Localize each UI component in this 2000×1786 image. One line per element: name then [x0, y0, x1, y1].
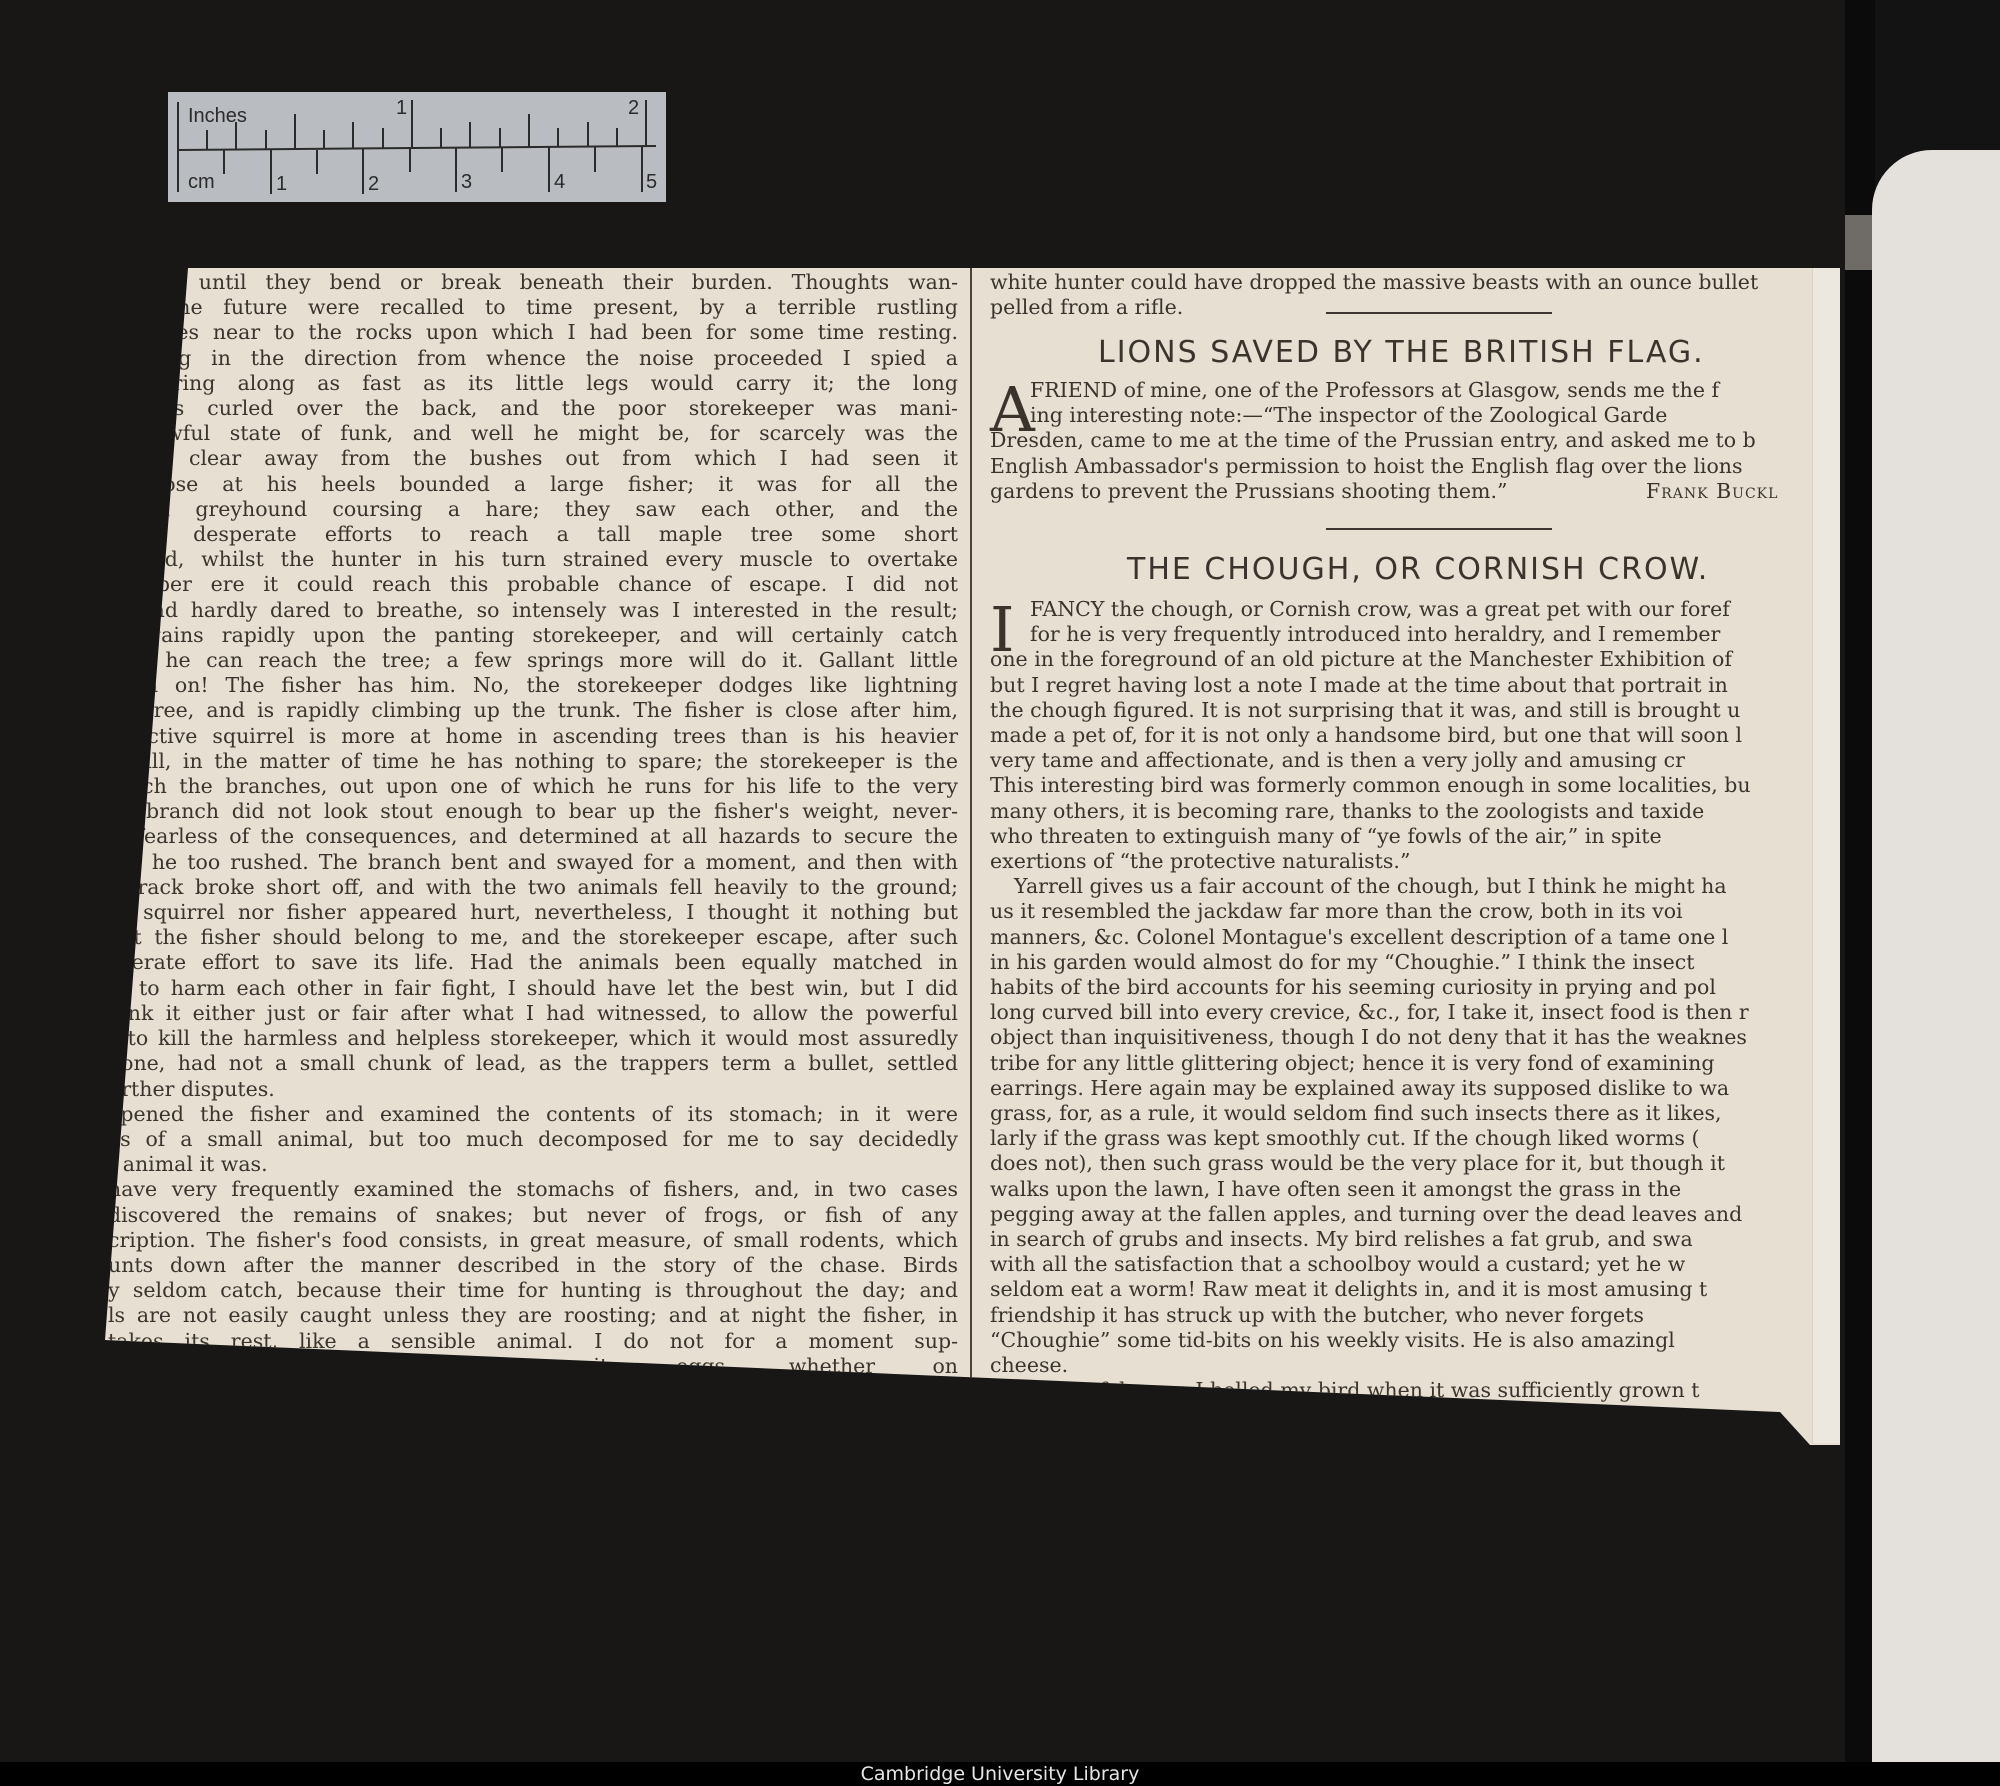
text-line: FANCY the chough, or Cornish crow, was a… — [990, 597, 1812, 622]
text-line: pelled from a rifle. — [990, 295, 1812, 320]
text-line: e, and hardly dared to breathe, so inten… — [108, 598, 958, 623]
text-line: ls are not easily caught unless they are… — [108, 1303, 958, 1328]
text-line: cheese. — [990, 1353, 1812, 1378]
text-line: object than inquisitiveness, though I do… — [990, 1025, 1812, 1050]
text-line: in search of grubs and insects. My bird … — [990, 1227, 1812, 1252]
text-line: gardens to prevent the Prussians shootin… — [990, 479, 1812, 504]
text-line: FRIEND of mine, one of the Professors at… — [990, 378, 1812, 403]
text-line: friendship it has struck up with the but… — [990, 1303, 1812, 1328]
text-line: l crack broke short off, and with the tw… — [108, 875, 958, 900]
text-line: in his garden would almost do for my “Ch… — [990, 950, 1812, 975]
text-line: discovered the remains of snakes; but ne… — [108, 1203, 958, 1228]
ruler-cm-mark: 3 — [461, 172, 472, 192]
text-line: but I regret having lost a note I made a… — [990, 673, 1812, 698]
text-line: “Choughie” some tid-bits on his weekly v… — [990, 1328, 1812, 1353]
text-line: push on! The fisher has him. No, the sto… — [108, 673, 958, 698]
section-rule — [1326, 528, 1552, 530]
text-line: made desperate efforts to reach a tall m… — [108, 522, 958, 547]
text-line: This interesting bird was formerly commo… — [990, 773, 1812, 798]
clipping-fold-strip — [1812, 268, 1843, 1443]
text-line: er gains rapidly upon the panting storek… — [108, 623, 958, 648]
text-line: ; still, in the matter of time he has no… — [108, 749, 958, 774]
text-line: earrings. Here again may be explained aw… — [990, 1076, 1812, 1101]
text-line: seldom eat a worm! Raw meat it delights … — [990, 1277, 1812, 1302]
page-gap-shadow — [1845, 215, 1872, 270]
author-signature: Frank Buckl — [1646, 479, 1778, 504]
text-line: us it resembled the jackdaw far more tha… — [990, 899, 1812, 924]
text-line: fore he can reach the tree; a few spring… — [108, 648, 958, 673]
text-line: peeping in the direction from whence the… — [108, 346, 958, 371]
text-line: white hunter could have dropped the mass… — [990, 270, 1812, 295]
ruler-cm-mark: 2 — [368, 174, 379, 194]
text-line: walks upon the lawn, I have often seen i… — [990, 1177, 1812, 1202]
text-line: e-trees until they bend or break beneath… — [108, 270, 958, 295]
text-line: Yarrell gives us a fair account of the c… — [990, 874, 1812, 899]
text-line: pegging away at the fallen apples, and t… — [990, 1202, 1812, 1227]
text-line: one in the foreground of an old picture … — [990, 647, 1812, 672]
text-line: does not), then such grass would be the … — [990, 1151, 1812, 1176]
scale-ruler: Inches 1 2 cm 1 2 3 4 5 — [168, 92, 666, 202]
text-line: larly if the grass was kept smoothly cut… — [990, 1126, 1812, 1151]
ruler-cm-mark: 1 — [276, 174, 287, 194]
text-line: he branch did not look stout enough to b… — [108, 799, 958, 824]
text-line: cription. The fisher's food consists, in… — [108, 1228, 958, 1253]
text-line: long curved bill into every crevice, &c.… — [990, 1000, 1812, 1025]
footer-credit: Cambridge University Library — [0, 1762, 2000, 1786]
text-line: y seldom catch, because their time for h… — [108, 1278, 958, 1303]
text-line: urther disputes. — [108, 1077, 958, 1102]
text-line: into the future were recalled to time pr… — [108, 295, 958, 320]
text-line: he tree, and is rapidly climbing up the … — [108, 698, 958, 723]
text-line: hink it either just or fair after what I… — [108, 1001, 958, 1026]
article-lions-body: FRIEND of mine, one of the Professors at… — [990, 378, 1812, 504]
text-line: made a pet of, for it is not only a hand… — [990, 723, 1812, 748]
text-line: r tearing along as fast as its little le… — [108, 371, 958, 396]
text-line: ke a greyhound coursing a hare; they saw… — [108, 497, 958, 522]
text-line: ekeeper ere it could reach this probable… — [108, 572, 958, 597]
text-line: habits of the bird accounts for his seem… — [990, 975, 1812, 1000]
text-line: English Ambassador's permission to hoist… — [990, 454, 1812, 479]
text-line: unts down after the manner described in … — [108, 1253, 958, 1278]
text-line: grass, for, as a rule, it would seldom f… — [990, 1101, 1812, 1126]
text-line: out he too rushed. The branch bent and s… — [108, 850, 958, 875]
ruler-cm-mark: 5 — [646, 172, 657, 192]
text-line: t animal it was. — [108, 1152, 958, 1177]
text-line: who threaten to extinguish many of “ye f… — [990, 824, 1812, 849]
section-rule — [1326, 312, 1552, 314]
article-title-lions: LIONS SAVED BY THE BRITISH FLAG. — [1098, 336, 1705, 370]
text-line: n close at his heels bounded a large fis… — [108, 472, 958, 497]
text-line: the chough figured. It is not surprising… — [990, 698, 1812, 723]
article-chough-body: FANCY the chough, or Cornish crow, was a… — [990, 597, 1812, 1454]
ruler-inch-mark: 1 — [396, 98, 407, 118]
text-line: ty to harm each other in fair fight, I s… — [108, 976, 958, 1001]
text-line: tribe for any little glittering object; … — [990, 1051, 1812, 1076]
text-line: r to kill the harmless and helpless stor… — [108, 1026, 958, 1051]
text-line: very tame and affectionate, and is then … — [990, 748, 1812, 773]
text-line: a-head, whilst the hunter in his turn st… — [108, 547, 958, 572]
left-column-article: e-trees until they bend or break beneath… — [108, 270, 958, 1404]
text-line: an awful state of funk, and well he migh… — [108, 421, 958, 446]
text-line: have very frequently examined the stomac… — [108, 1177, 958, 1202]
column-divider — [970, 268, 972, 1408]
text-line: nimal clear away from the bushes out fro… — [108, 446, 958, 471]
text-line: e leaves near to the rocks upon which I … — [108, 320, 958, 345]
ruler-inch-mark: 2 — [628, 98, 639, 118]
article-title-chough: THE CHOUGH, OR CORNISH CROW. — [1127, 553, 1709, 587]
text-line: exertions of “the protective naturalists… — [990, 849, 1812, 874]
ruler-inches-label: Inches — [188, 106, 247, 126]
text-line: done, had not a small chunk of lead, as … — [108, 1051, 958, 1076]
text-line: es of a small animal, but too much decom… — [108, 1127, 958, 1152]
text-line: for he is very frequently introduced int… — [990, 622, 1812, 647]
text-line: il was curled over the back, and the poo… — [108, 396, 958, 421]
text-line: sperate effort to save its life. Had the… — [108, 950, 958, 975]
text-line: with all the satisfaction that a schoolb… — [990, 1252, 1812, 1277]
text-line: Dresden, came to me at the time of the P… — [990, 428, 1812, 453]
text-line: er squirrel nor fisher appeared hurt, ne… — [108, 900, 958, 925]
text-line: reach the branches, out upon one of whic… — [108, 774, 958, 799]
text-line: s, fearless of the consequences, and det… — [108, 824, 958, 849]
text-line: opened the fisher and examined the conte… — [108, 1102, 958, 1127]
text-line: manners, &c. Colonel Montague's excellen… — [990, 925, 1812, 950]
text-line: ing interesting note:—“The inspector of … — [990, 403, 1812, 428]
ruler-cm-label: cm — [188, 172, 215, 192]
backing-page — [1872, 150, 2000, 1762]
text-line: many others, it is becoming rare, thanks… — [990, 799, 1812, 824]
ruler-cm-mark: 4 — [554, 172, 565, 192]
text-line: hat the fisher should belong to me, and … — [108, 925, 958, 950]
text-line-body: gardens to prevent the Prussians shootin… — [990, 479, 1507, 503]
text-line: e active squirrel is more at home in asc… — [108, 724, 958, 749]
